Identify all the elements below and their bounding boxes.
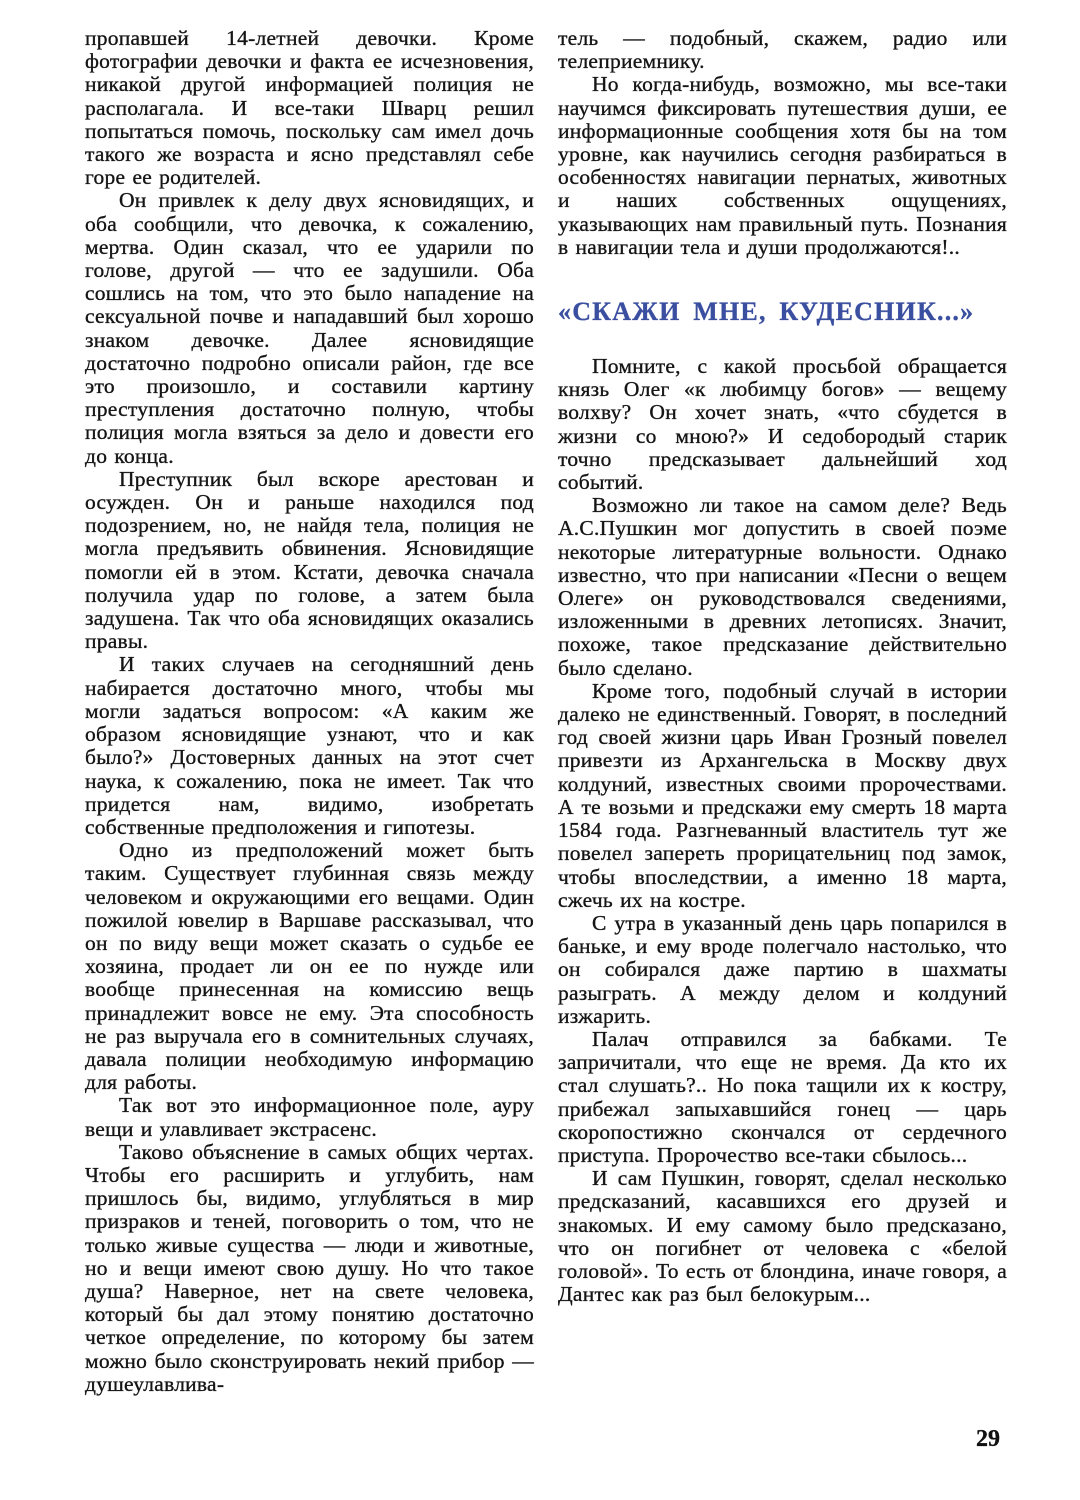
paragraph: тель — подобный, скажем, радио или телеп… xyxy=(558,27,1007,73)
right-column: тель — подобный, скажем, радио или телеп… xyxy=(558,27,1007,1396)
paragraph: Так вот это информационное поле, ауру ве… xyxy=(85,1094,534,1140)
section-heading: «СКАЖИ МНЕ, КУДЕСНИК...» xyxy=(558,298,1007,326)
paragraph: Он привлек к делу двух ясновидящих, и об… xyxy=(85,189,534,467)
paragraph: Преступник был вскоре арестован и осужде… xyxy=(85,468,534,654)
paragraph: Кроме того, подобный случай в истории да… xyxy=(558,680,1007,912)
paragraph: Возможно ли такое на самом деле? Ведь А.… xyxy=(558,494,1007,680)
page-number: 29 xyxy=(976,1426,1000,1453)
left-column: пропавшей 14-летней девочки. Кроме фотог… xyxy=(85,27,534,1396)
two-column-layout: пропавшей 14-летней девочки. Кроме фотог… xyxy=(85,27,1007,1396)
paragraph: Палач отправился за бабками. Те запричит… xyxy=(558,1028,1007,1167)
paragraph: Помните, с какой просьбой обращается кня… xyxy=(558,355,1007,494)
paragraph: С утра в указанный день царь попарился в… xyxy=(558,912,1007,1028)
paragraph: Таково объяснение в самых общих чертах. … xyxy=(85,1141,534,1396)
paragraph: пропавшей 14-летней девочки. Кроме фотог… xyxy=(85,27,534,189)
magazine-page: пропавшей 14-летней девочки. Кроме фотог… xyxy=(0,0,1080,1500)
paragraph: И таких случаев на сегодняшний день наби… xyxy=(85,653,534,839)
paragraph: Одно из предположений может быть таким. … xyxy=(85,839,534,1094)
paragraph: И сам Пушкин, говорят, сделал несколько … xyxy=(558,1167,1007,1306)
paragraph: Но когда-нибудь, возможно, мы все-таки н… xyxy=(558,73,1007,259)
